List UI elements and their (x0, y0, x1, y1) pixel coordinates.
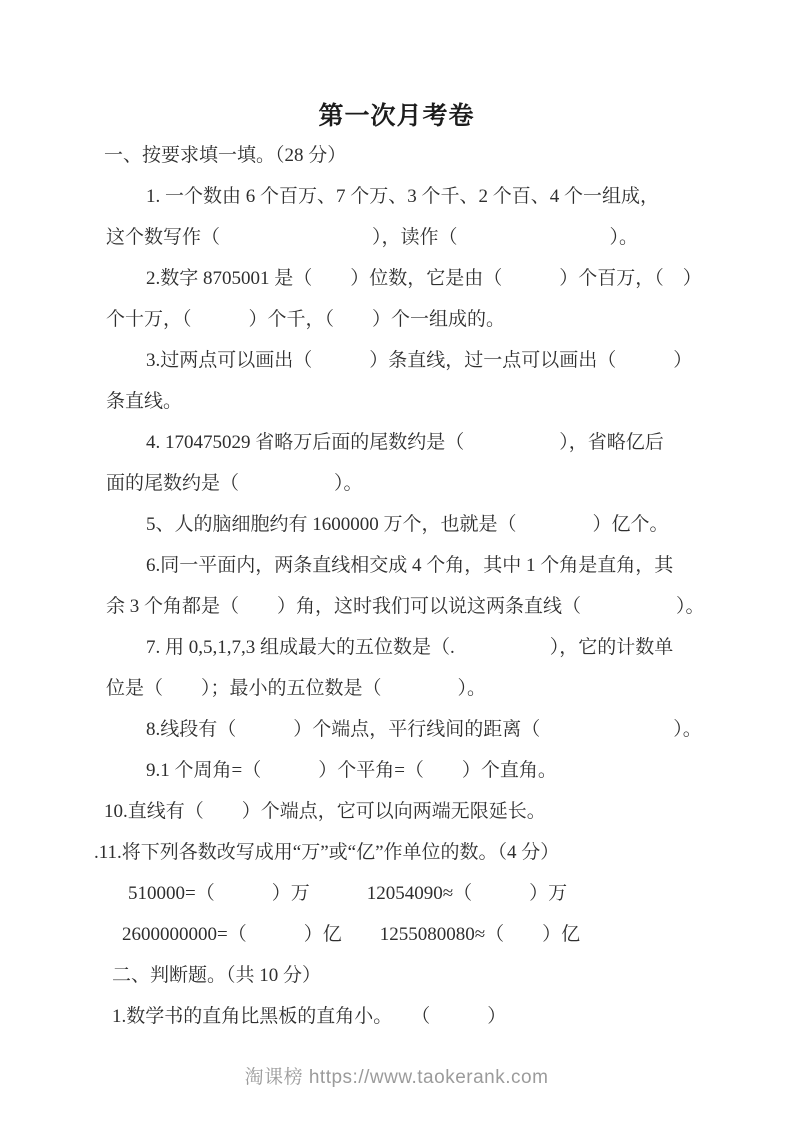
fill-q8-line: 8.线段有（ ）个端点，平行线间的距离（ ）。 (146, 709, 700, 750)
exam-body: 一、按要求填一填。（28 分） 1. 一个数由 6 个百万、7 个万、3 个千、… (100, 135, 700, 1037)
fill-q1-line1: 1. 一个数由 6 个百万、7 个万、3 个千、2 个百、4 个一组成， (146, 176, 700, 217)
exam-page: 第一次月考卷 一、按要求填一填。（28 分） 1. 一个数由 6 个百万、7 个… (0, 0, 793, 1122)
fill-q10-line: 10.直线有（ ）个端点，它可以向两端无限延长。 (104, 791, 700, 832)
fill-q9-line: 9.1 个周角=（ ）个平角=（ ）个直角。 (146, 750, 700, 791)
fill-q7-line1: 7. 用 0,5,1,7,3 组成最大的五位数是（. ），它的计数单 (146, 627, 700, 668)
judge-q1-line: 1.数学书的直角比黑板的直角小。 （ ） (112, 996, 700, 1037)
section-judge-heading: 二、判断题。（共 10 分） (112, 955, 700, 996)
section-fill-heading: 一、按要求填一填。（28 分） (104, 135, 700, 176)
fill-q4-line1: 4. 170475029 省略万后面的尾数约是（ ），省略亿后 (146, 422, 700, 463)
fill-q3-line1: 3.过两点可以画出（ ）条直线，过一点可以画出（ ） (146, 340, 700, 381)
fill-q2-line1: 2.数字 8705001 是（ ）位数，它是由（ ）个百万，（ ） (146, 258, 700, 299)
fill-q7-line2: 位是（ ）；最小的五位数是（ ）。 (106, 668, 700, 709)
footer-watermark: 淘课榜 https://www.taokerank.com (0, 1062, 793, 1089)
fill-q4-line2: 面的尾数约是（ ）。 (106, 463, 700, 504)
fill-q11-row2: 2600000000=（ ）亿 1255080080≈（ ）亿 (122, 914, 700, 955)
fill-q6-line2: 余 3 个角都是（ ）角，这时我们可以说这两条直线（ ）。 (106, 586, 700, 627)
fill-q11-heading: .11.将下列各数改写成用“万”或“亿”作单位的数。（4 分） (94, 832, 700, 873)
fill-q2-line2: 个十万，（ ）个千，（ ）个一组成的。 (106, 299, 700, 340)
fill-q6-line1: 6.同一平面内，两条直线相交成 4 个角，其中 1 个角是直角，其 (146, 545, 700, 586)
fill-q3-line2: 条直线。 (106, 381, 700, 422)
page-title: 第一次月考卷 (0, 96, 793, 132)
fill-q5-line: 5、人的脑细胞约有 1600000 万个，也就是（ ）亿个。 (146, 504, 700, 545)
fill-q11-row1: 510000=（ ）万 12054090≈（ ）万 (128, 873, 700, 914)
fill-q1-line2: 这个数写作（ ），读作（ ）。 (106, 217, 700, 258)
